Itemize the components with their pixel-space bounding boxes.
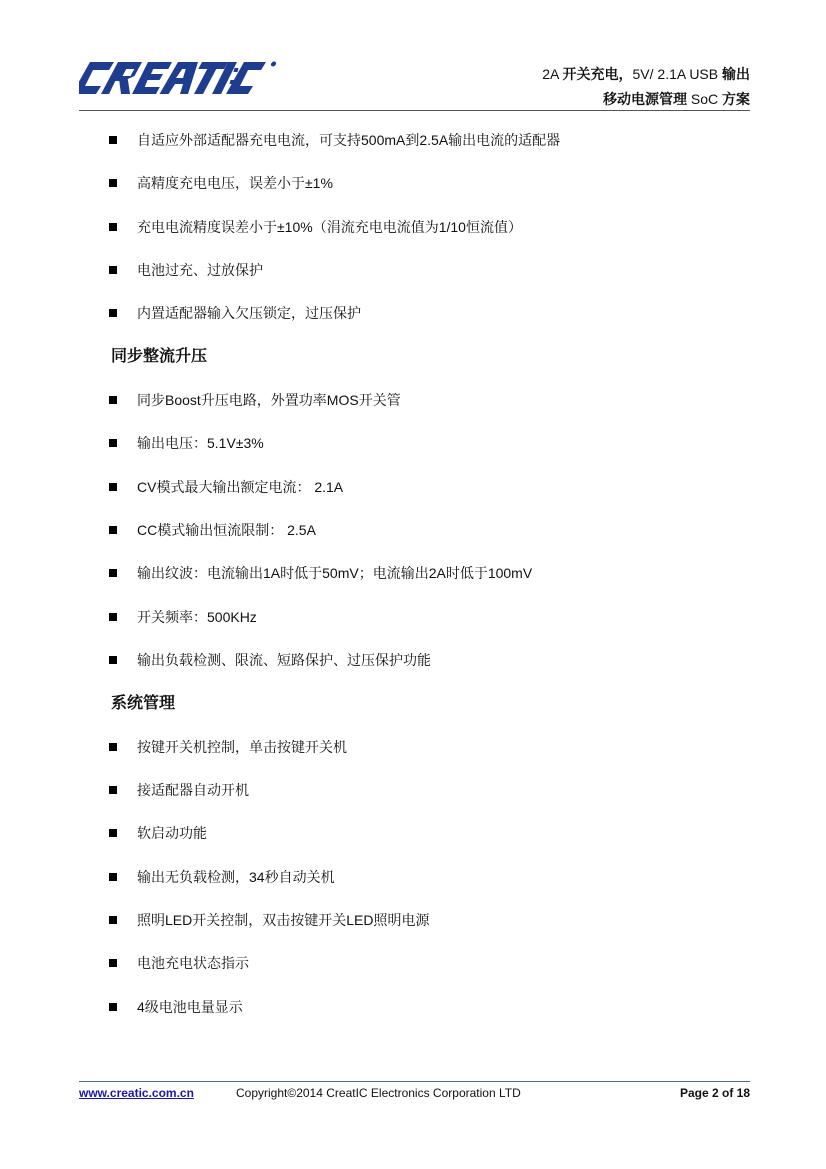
list-item-text: 电池充电状态指示 <box>137 953 249 973</box>
list-item: 照明LED开关控制，双击按键开关LED照明电源 <box>109 910 117 930</box>
square-bullet-icon <box>109 613 117 621</box>
square-bullet-icon <box>109 829 117 837</box>
square-bullet-icon <box>109 1003 117 1011</box>
list-item: 4级电池电量显示 <box>109 997 117 1017</box>
list-item: 按键开关机控制，单击按键开关机 <box>109 737 117 757</box>
list-item-text: 电池过充、过放保护 <box>137 260 263 280</box>
page-header: 2A 开关充电，5V/ 2.1A USB 输出 移动电源管理 SoC 方案 <box>79 56 750 112</box>
square-bullet-icon <box>109 916 117 924</box>
title-text: 输出 <box>722 66 750 82</box>
square-bullet-icon <box>109 223 117 231</box>
square-bullet-icon <box>109 873 117 881</box>
document-title: 2A 开关充电，5V/ 2.1A USB 输出 移动电源管理 SoC 方案 <box>542 62 750 112</box>
copyright-text: Copyright©2014 CreatIC Electronics Corpo… <box>236 1085 521 1101</box>
list-item-text: 4级电池电量显示 <box>137 997 243 1017</box>
list-item-text: CC模式输出恒流限制： 2.5A <box>137 520 316 540</box>
list-item: 自适应外部适配器充电电流，可支持500mA到2.5A输出电流的适配器 <box>109 130 117 150</box>
header-divider <box>79 110 750 111</box>
list-item: 充电电流精度误差小于±10%（涓流充电电流值为1/10恒流值） <box>109 217 117 237</box>
list-item-text: 同步Boost升压电路，外置功率MOS开关管 <box>137 390 401 410</box>
list-item-text: 按键开关机控制，单击按键开关机 <box>137 737 347 757</box>
square-bullet-icon <box>109 656 117 664</box>
list-item-text: 接适配器自动开机 <box>137 780 249 800</box>
list-item: 高精度充电电压，误差小于±1% <box>109 173 117 193</box>
square-bullet-icon <box>109 396 117 404</box>
title-text: 移动电源管理 <box>603 91 687 107</box>
list-item-text: 自适应外部适配器充电电流，可支持500mA到2.5A输出电流的适配器 <box>137 130 560 150</box>
square-bullet-icon <box>109 179 117 187</box>
title-line-1: 2A 开关充电，5V/ 2.1A USB 输出 <box>542 62 750 87</box>
list-item-text: 照明LED开关控制，双击按键开关LED照明电源 <box>137 910 429 930</box>
square-bullet-icon <box>109 569 117 577</box>
list-item-text: 输出纹波：电流输出1A时低于50mV；电流输出2A时低于100mV <box>137 563 532 583</box>
list-item-text: 输出负载检测、限流、短路保护、过压保护功能 <box>137 650 431 670</box>
square-bullet-icon <box>109 526 117 534</box>
square-bullet-icon <box>109 136 117 144</box>
square-bullet-icon <box>109 959 117 967</box>
page-footer: www.creatic.com.cn Copyright©2014 CreatI… <box>79 1085 750 1103</box>
list-item: 软启动功能 <box>109 823 117 843</box>
title-line-2: 移动电源管理 SoC 方案 <box>542 87 750 112</box>
list-item: 电池充电状态指示 <box>109 953 117 973</box>
title-text: SoC <box>687 91 722 107</box>
list-item: 开关频率：500KHz <box>109 607 117 627</box>
list-item: 输出负载检测、限流、短路保护、过压保护功能 <box>109 650 117 670</box>
list-item: 输出纹波：电流输出1A时低于50mV；电流输出2A时低于100mV <box>109 563 117 583</box>
list-item: 输出电压：5.1V±3% <box>109 433 117 453</box>
title-text: 开关充电 <box>563 66 619 82</box>
title-text: 5V/ 2.1A USB <box>633 66 723 82</box>
list-item-text: CV模式最大输出额定电流： 2.1A <box>137 477 343 497</box>
section-heading: 系统管理 <box>111 693 175 715</box>
list-item-text: 高精度充电电压，误差小于±1% <box>137 173 333 193</box>
list-item-text: 充电电流精度误差小于±10%（涓流充电电流值为1/10恒流值） <box>137 217 522 237</box>
square-bullet-icon <box>109 309 117 317</box>
list-item-text: 软启动功能 <box>137 823 207 843</box>
square-bullet-icon <box>109 483 117 491</box>
list-item: 同步Boost升压电路，外置功率MOS开关管 <box>109 390 117 410</box>
list-item: CC模式输出恒流限制： 2.5A <box>109 520 117 540</box>
list-item: 接适配器自动开机 <box>109 780 117 800</box>
website-link[interactable]: www.creatic.com.cn <box>79 1085 194 1101</box>
list-item-text: 输出电压：5.1V±3% <box>137 433 264 453</box>
section-heading: 同步整流升压 <box>111 346 207 368</box>
square-bullet-icon <box>109 786 117 794</box>
footer-divider <box>79 1081 750 1082</box>
list-item: 电池过充、过放保护 <box>109 260 117 280</box>
list-item: 输出无负载检测，34秒自动关机 <box>109 867 117 887</box>
list-item-text: 开关频率：500KHz <box>137 607 257 627</box>
page-number: Page 2 of 18 <box>680 1085 750 1101</box>
title-text: 2A <box>542 66 562 82</box>
list-item-text: 内置适配器输入欠压锁定，过压保护 <box>137 303 361 323</box>
list-item: 内置适配器输入欠压锁定，过压保护 <box>109 303 117 323</box>
title-text: 方案 <box>722 91 750 107</box>
creatic-logo <box>79 58 289 98</box>
list-item-text: 输出无负载检测，34秒自动关机 <box>137 867 335 887</box>
title-text: ， <box>619 66 633 82</box>
square-bullet-icon <box>109 266 117 274</box>
list-item: CV模式最大输出额定电流： 2.1A <box>109 477 117 497</box>
square-bullet-icon <box>109 743 117 751</box>
square-bullet-icon <box>109 439 117 447</box>
